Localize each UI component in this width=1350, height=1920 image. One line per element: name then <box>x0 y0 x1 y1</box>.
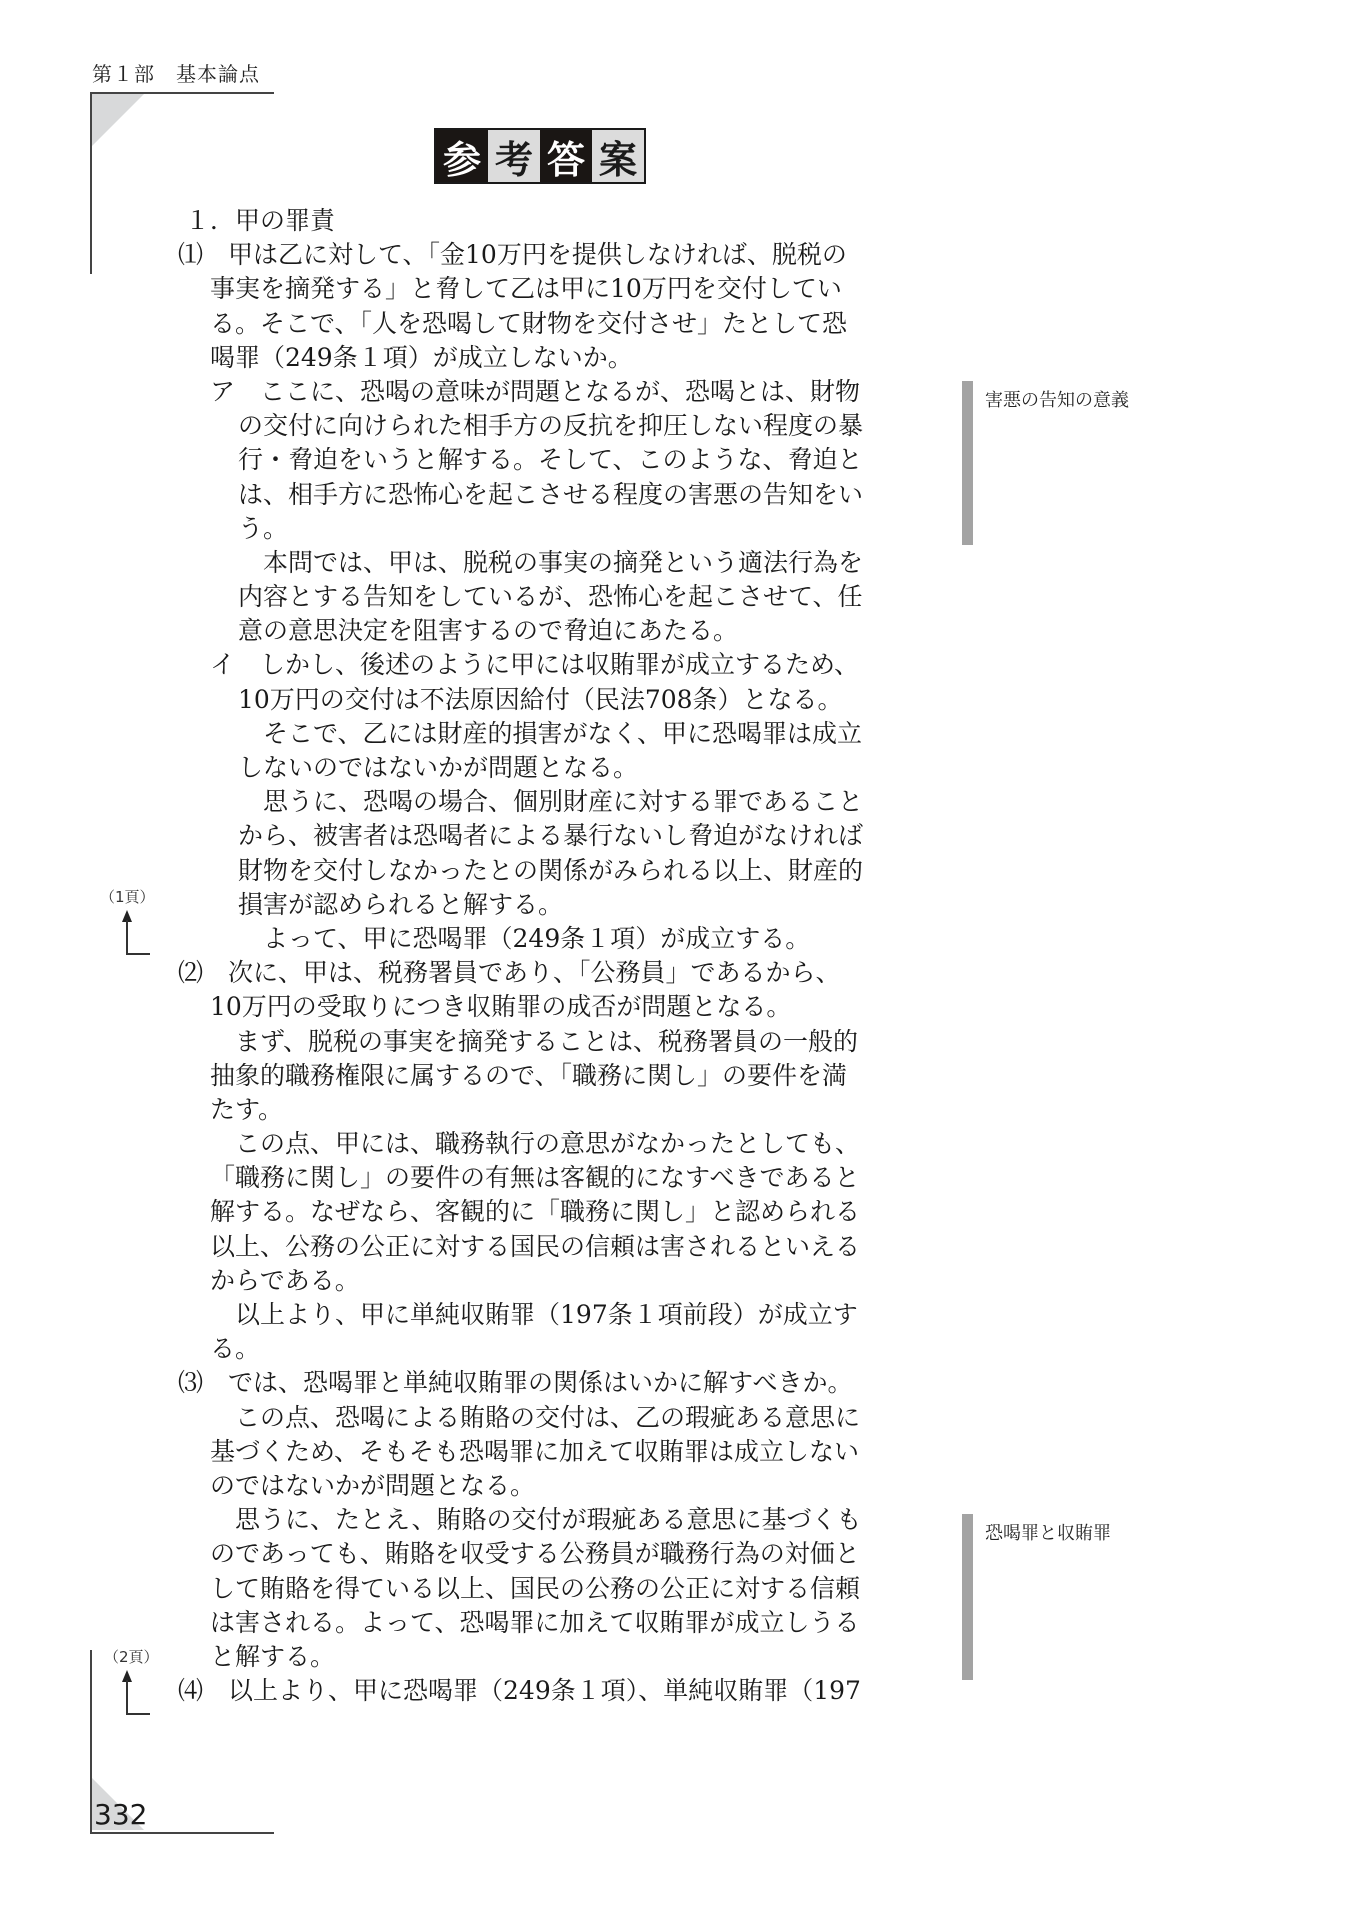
text-line: る。 <box>160 1332 930 1366</box>
page-ref-1: （1頁） <box>100 886 155 907</box>
section-header: 第１部 基本論点 <box>92 58 260 87</box>
text-line: しないのではないかが問題となる。 <box>160 751 930 785</box>
side-note-bar-1 <box>962 381 973 545</box>
text-line: る。そこで、「人を恐喝して財物を交付させ」たとして恐 <box>160 307 930 341</box>
text-line: 内容とする告知をしているが、恐怖心を起こさせて、任 <box>160 580 930 614</box>
text-line: 10万円の交付は不法原因給付（民法708条）となる。 <box>160 683 930 717</box>
text-line: 本問では、甲は、脱税の事実の摘発という適法行為を <box>160 546 930 580</box>
text-line: は害される。よって、恐喝罪に加えて収賄罪が成立しうる <box>160 1606 930 1640</box>
text-line: イ しかし、後述のように甲には収賄罪が成立するため、 <box>160 648 930 682</box>
answer-body: １．甲の罪責⑴ 甲は乙に対して、「金10万円を提供しなければ、脱税の事実を摘発す… <box>160 204 930 1708</box>
title-char-1: 参 <box>436 130 488 182</box>
bottom-frame-line <box>90 1832 274 1834</box>
text-line: して賄賂を得ている以上、国民の公務の公正に対する信頼 <box>160 1572 930 1606</box>
text-line: から、被害者は恐喝者による暴行ないし脅迫がなければ <box>160 819 930 853</box>
page-ref-2: （2頁） <box>104 1646 159 1667</box>
text-line: 喝罪（249条１項）が成立しないか。 <box>160 341 930 375</box>
text-line: と解する。 <box>160 1640 930 1674</box>
text-line: 抽象的職務権限に属するので、「職務に関し」の要件を満 <box>160 1059 930 1093</box>
text-line: １．甲の罪責 <box>160 204 930 238</box>
text-line: よって、甲に恐喝罪（249条１項）が成立する。 <box>160 922 930 956</box>
text-line: 以上、公務の公正に対する国民の信頼は害されるといえる <box>160 1230 930 1264</box>
text-line: ⑶ では、恐喝罪と単純収賄罪の関係はいかに解すべきか。 <box>160 1366 930 1400</box>
side-note-1: 害悪の告知の意義 <box>985 386 1129 412</box>
text-line: ⑷ 以上より、甲に恐喝罪（249条１項）、単純収賄罪（197 <box>160 1674 930 1708</box>
text-line: う。 <box>160 512 930 546</box>
text-line: ア ここに、恐喝の意味が問題となるが、恐喝とは、財物 <box>160 375 930 409</box>
text-line: 以上より、甲に単純収賄罪（197条１項前段）が成立す <box>160 1298 930 1332</box>
title-char-4: 案 <box>592 130 644 182</box>
text-line: 「職務に関し」の要件の有無は客観的になすべきであると <box>160 1161 930 1195</box>
corner-triangle-top <box>92 94 144 146</box>
text-line: 解する。なぜなら、客観的に「職務に関し」と認められる <box>160 1195 930 1229</box>
text-line: のではないかが問題となる。 <box>160 1469 930 1503</box>
text-line: まず、脱税の事実を摘発することは、税務署員の一般的 <box>160 1025 930 1059</box>
text-line: ⑵ 次に、甲は、税務署員であり、「公務員」であるから、 <box>160 956 930 990</box>
side-note-bar-2 <box>962 1514 973 1680</box>
text-line: そこで、乙には財産的損害がなく、甲に恐喝罪は成立 <box>160 717 930 751</box>
page-ref-arrow-2-icon <box>118 1668 152 1718</box>
title-box: 参 考 答 案 <box>434 128 646 184</box>
text-line: ⑴ 甲は乙に対して、「金10万円を提供しなければ、脱税の <box>160 238 930 272</box>
text-line: 行・脅迫をいうと解する。そして、このような、脅迫と <box>160 443 930 477</box>
text-line: の交付に向けられた相手方の反抗を抑圧しない程度の暴 <box>160 409 930 443</box>
title-char-3: 答 <box>540 130 592 182</box>
text-line: 財物を交付しなかったとの関係がみられる以上、財産的 <box>160 854 930 888</box>
text-line: たす。 <box>160 1093 930 1127</box>
text-line: は、相手方に恐怖心を起こさせる程度の害悪の告知をい <box>160 478 930 512</box>
text-line: この点、甲には、職務執行の意思がなかったとしても、 <box>160 1127 930 1161</box>
text-line: 損害が認められると解する。 <box>160 888 930 922</box>
page-ref-arrow-1-icon <box>118 908 152 958</box>
text-line: のであっても、賄賂を収受する公務員が職務行為の対価と <box>160 1537 930 1571</box>
text-line: 思うに、たとえ、賄賂の交付が瑕疵ある意思に基づくも <box>160 1503 930 1537</box>
title-char-2: 考 <box>488 130 540 182</box>
text-line: からである。 <box>160 1264 930 1298</box>
text-line: 意の意思決定を阻害するので脅迫にあたる。 <box>160 614 930 648</box>
text-line: 基づくため、そもそも恐喝罪に加えて収賄罪は成立しない <box>160 1435 930 1469</box>
page-number: 332 <box>94 1798 147 1831</box>
text-line: 思うに、恐喝の場合、個別財産に対する罪であること <box>160 785 930 819</box>
text-line: 10万円の受取りにつき収賄罪の成否が問題となる。 <box>160 990 930 1024</box>
side-note-2: 恐喝罪と収賄罪 <box>985 1519 1111 1545</box>
text-line: 事実を摘発する」と脅して乙は甲に10万円を交付してい <box>160 272 930 306</box>
text-line: この点、恐喝による賄賂の交付は、乙の瑕疵ある意思に <box>160 1401 930 1435</box>
